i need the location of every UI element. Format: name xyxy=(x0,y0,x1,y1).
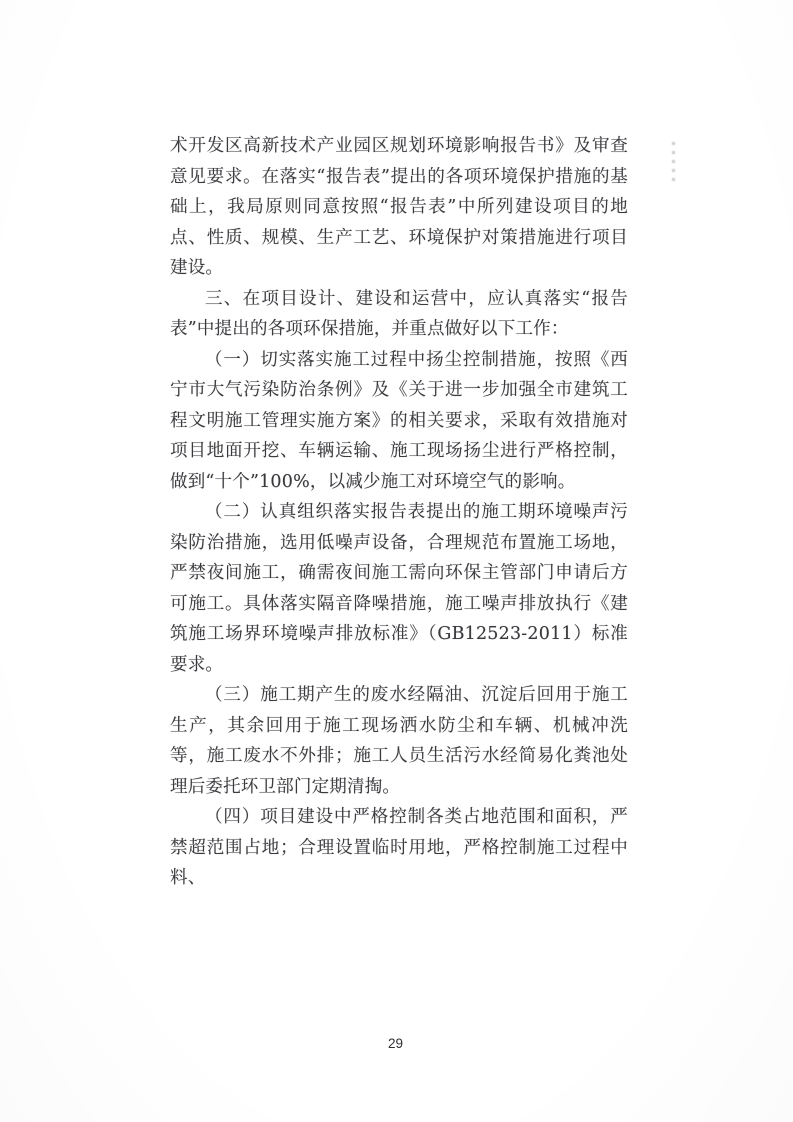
scan-bleedthrough-marks xyxy=(672,142,675,182)
paragraph-section-3: 三、在项目设计、建设和运营中，应认真落实“报告表”中提出的各项环保措施，并重点做… xyxy=(170,284,628,345)
page-number: 29 xyxy=(388,1036,403,1051)
document-page: 术开发区高新技术产业园区规划环境影响报告书》及审查意见要求。在落实“报告表”提出… xyxy=(0,0,793,1122)
paragraph-item-3: （三）施工期产生的废水经隔油、沉淀后回用于施工生产，其余回用于施工现场洒水防尘和… xyxy=(170,680,628,802)
paragraph-item-4: （四）项目建设中严格控制各类占地范围和面积，严禁超范围占地；合理设置临时用地，严… xyxy=(170,802,628,894)
paragraph-continuation: 术开发区高新技术产业园区规划环境影响报告书》及审查意见要求。在落实“报告表”提出… xyxy=(170,131,628,284)
paragraph-item-2: （二）认真组织落实报告表提出的施工期环境噪声污染防治措施，选用低噪声设备，合理规… xyxy=(170,497,628,680)
paragraph-item-1: （一）切实落实施工过程中扬尘控制措施，按照《西宁市大气污染防治条例》及《关于进一… xyxy=(170,345,628,498)
body-text: 术开发区高新技术产业园区规划环境影响报告书》及审查意见要求。在落实“报告表”提出… xyxy=(170,131,628,894)
